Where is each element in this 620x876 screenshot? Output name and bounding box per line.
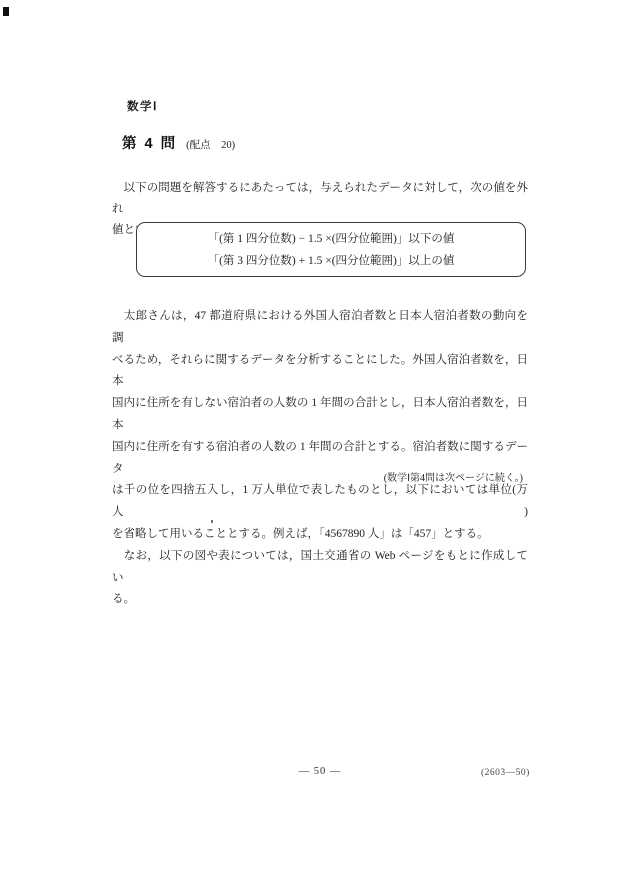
body-line: 太郎さんは，47 都道府県における外国人宿泊者数と日本人宿泊者数の動向を調	[112, 306, 528, 350]
body-line: る。	[112, 589, 528, 611]
subject-heading: 数学Ⅰ	[127, 98, 158, 114]
scan-speck	[211, 520, 213, 523]
question-points: (配点 20)	[186, 140, 235, 151]
continue-note: (数学Ⅰ第4問は次ページに続く。)	[112, 469, 523, 484]
question-number: 第 4 問	[122, 136, 177, 152]
body-line: なお，以下の図や表については，国土交通省の Web ページをもとに作成してい	[112, 546, 528, 590]
outlier-definition-box: 「(第 1 四分位数) − 1.5 ×(四分位範囲)」以下の値 「(第 3 四分…	[136, 222, 526, 277]
body-line: 国内に住所を有しない宿泊者の人数の 1 年間の合計とし，日本人宿泊者数を，日本	[112, 393, 528, 437]
scan-corner-mark	[3, 7, 9, 16]
page-number: — 50 —	[112, 766, 528, 777]
body-line: べるため，それらに関するデータを分析することにした。外国人宿泊者数を，日本	[112, 350, 528, 394]
body-line: は千の位を四捨五入し，1 万人単位で表したものとし，以下においては単位(万人)	[112, 480, 528, 524]
intro-line: 以下の問題を解答するにあたっては，与えられたデータに対して，次の値を外れ	[112, 178, 528, 220]
body-line: を省略して用いることとする。例えば，「4567890 人」は「457」とする。	[112, 524, 528, 546]
outlier-rule-line: 「(第 3 四分位数) + 1.5 ×(四分位範囲)」以上の値	[137, 250, 525, 272]
exam-page: 数学Ⅰ 第 4 問(配点 20) 以下の問題を解答するにあたっては，与えられたデ…	[0, 0, 620, 876]
question-heading: 第 4 問(配点 20)	[122, 132, 235, 153]
print-code: (2603—50)	[481, 768, 530, 778]
outlier-rule-line: 「(第 1 四分位数) − 1.5 ×(四分位範囲)」以下の値	[137, 228, 525, 250]
problem-body: 太郎さんは，47 都道府県における外国人宿泊者数と日本人宿泊者数の動向を調 べる…	[112, 306, 528, 611]
